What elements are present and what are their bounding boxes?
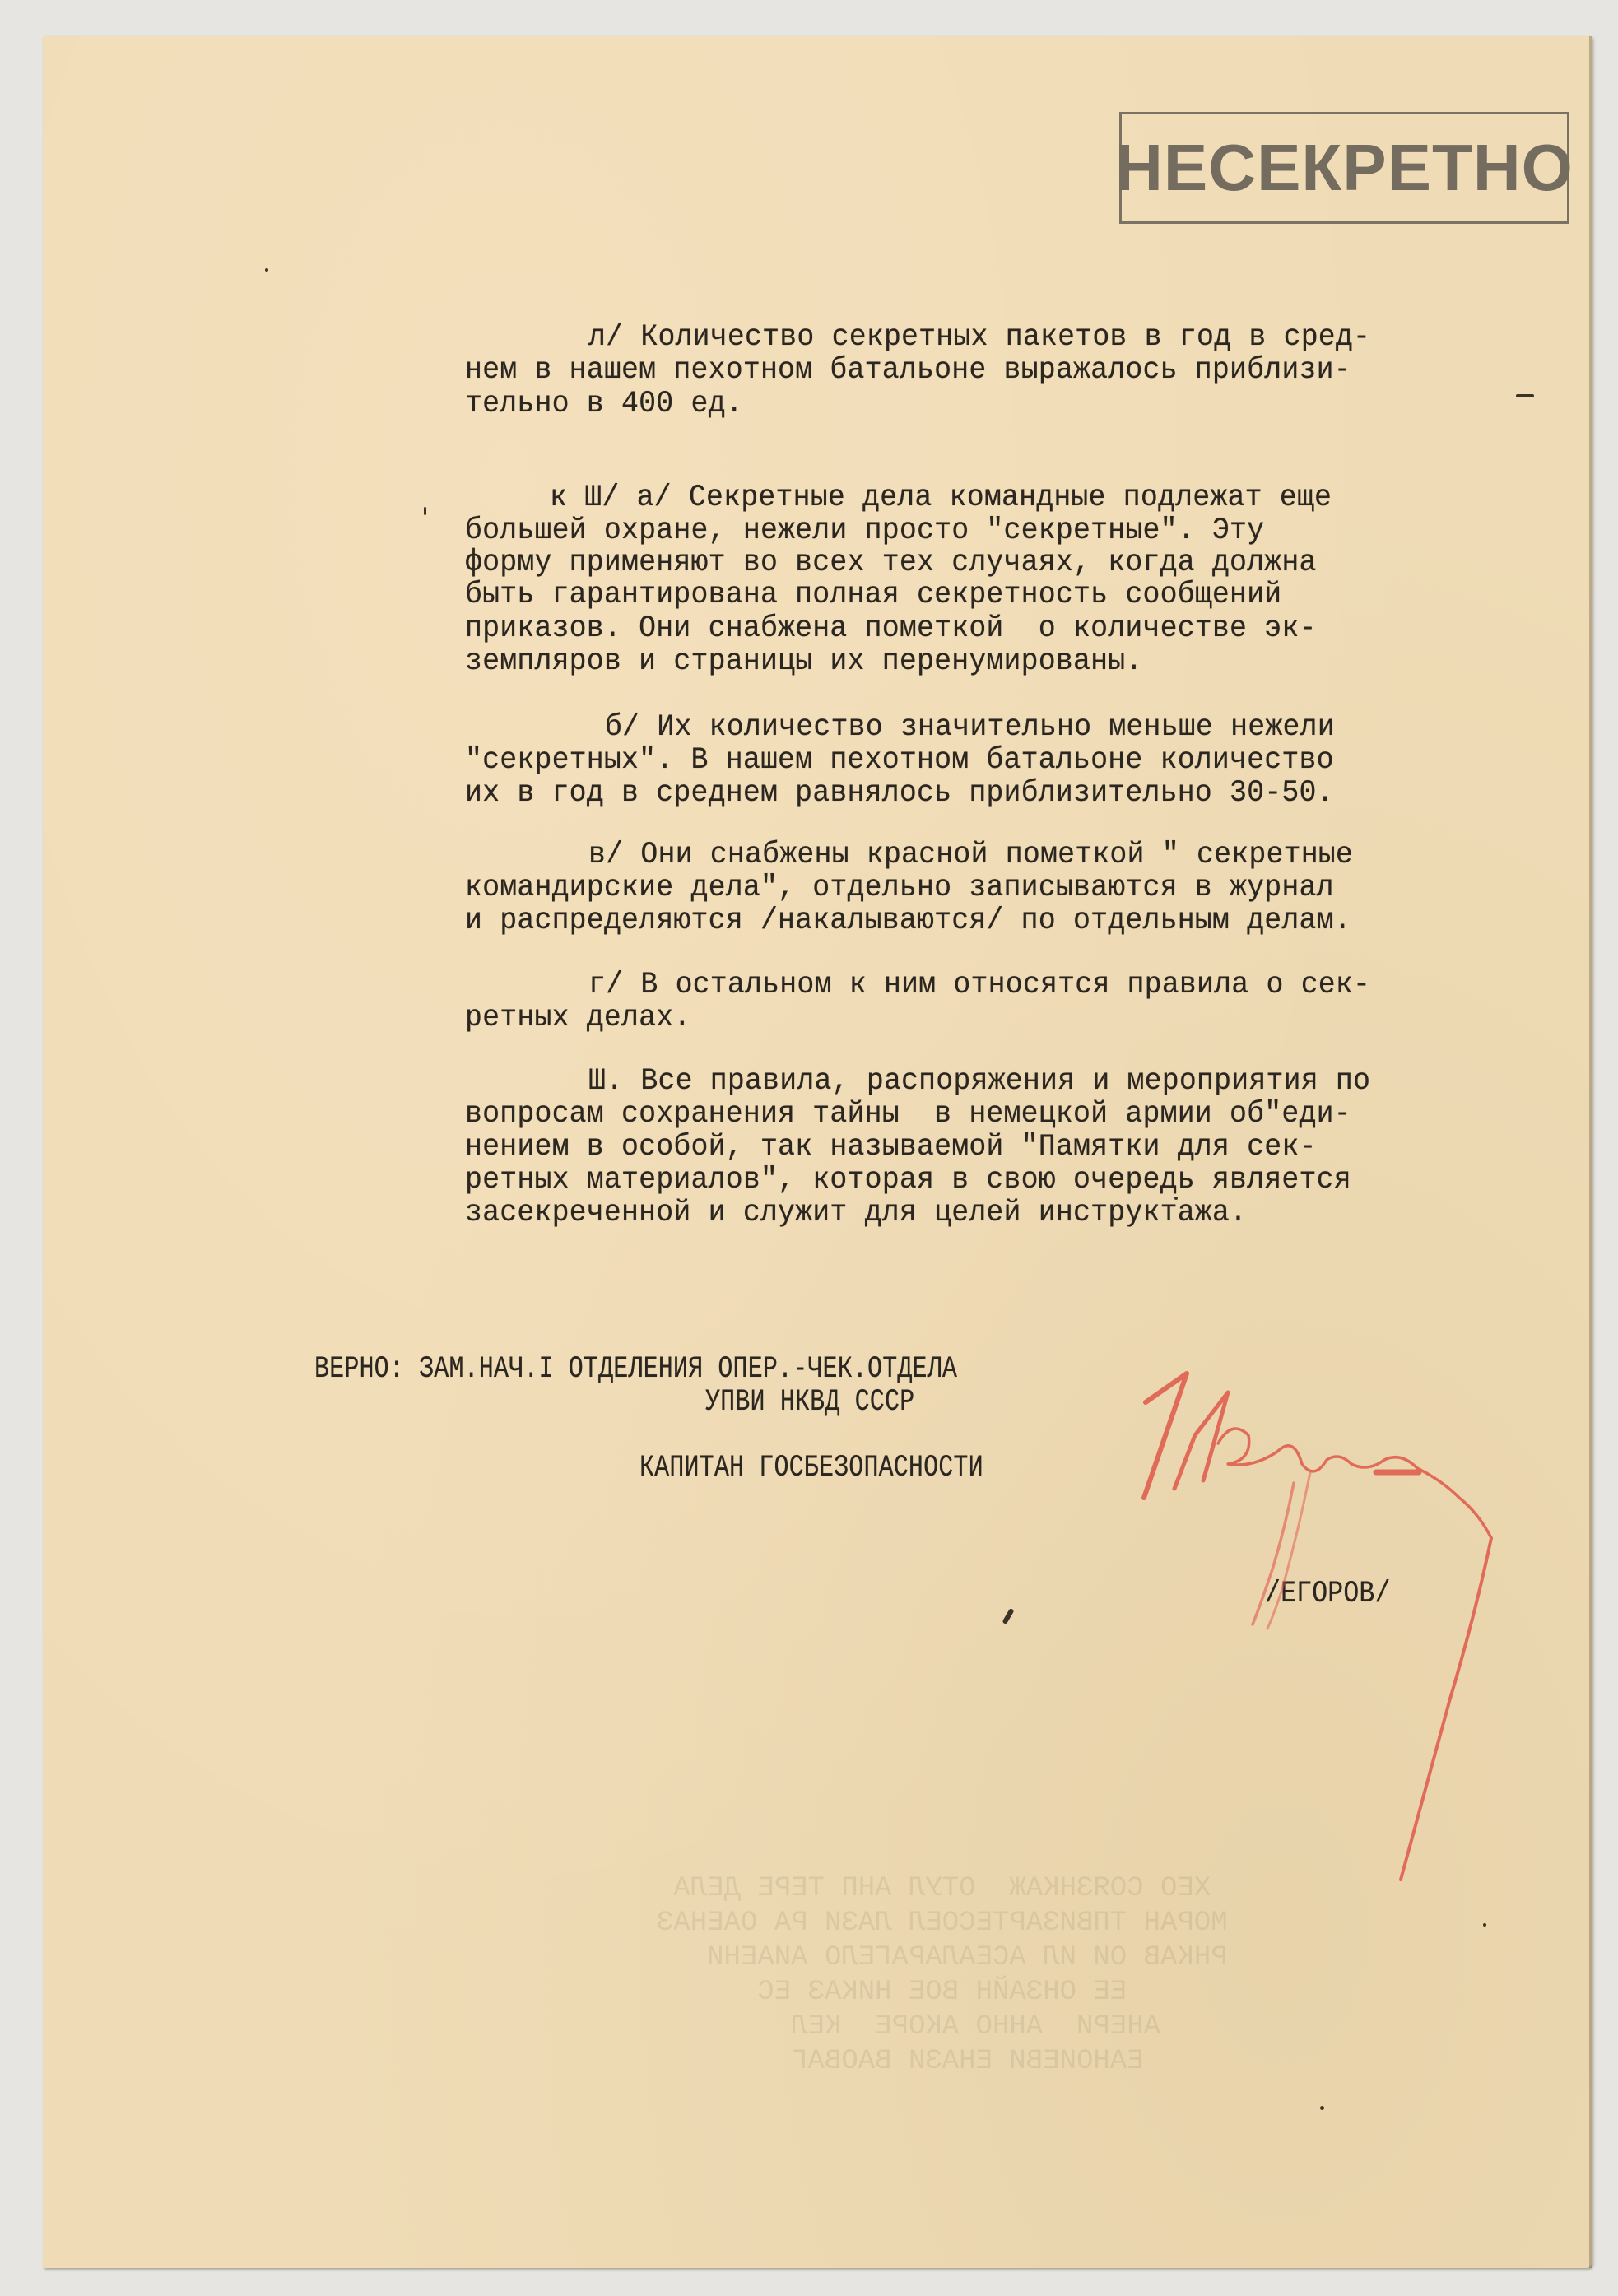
- paper-speck: [1174, 1197, 1178, 1200]
- bleed-through-text: ХЕО СОЯЗНКАЖ ОТУЛ АНП ТЕРЕ ДЕЛА МОРАН ТП…: [92, 1871, 1244, 2085]
- document-page: НЕСЕКРЕТНО л/ Количество секретных пакет…: [43, 36, 1592, 2268]
- paper-speck: [265, 268, 268, 272]
- paper-speck: [1516, 394, 1534, 397]
- paper-speck: [424, 507, 426, 515]
- paper-speck: [1320, 2106, 1324, 2110]
- paper-speck: [1483, 1923, 1486, 1927]
